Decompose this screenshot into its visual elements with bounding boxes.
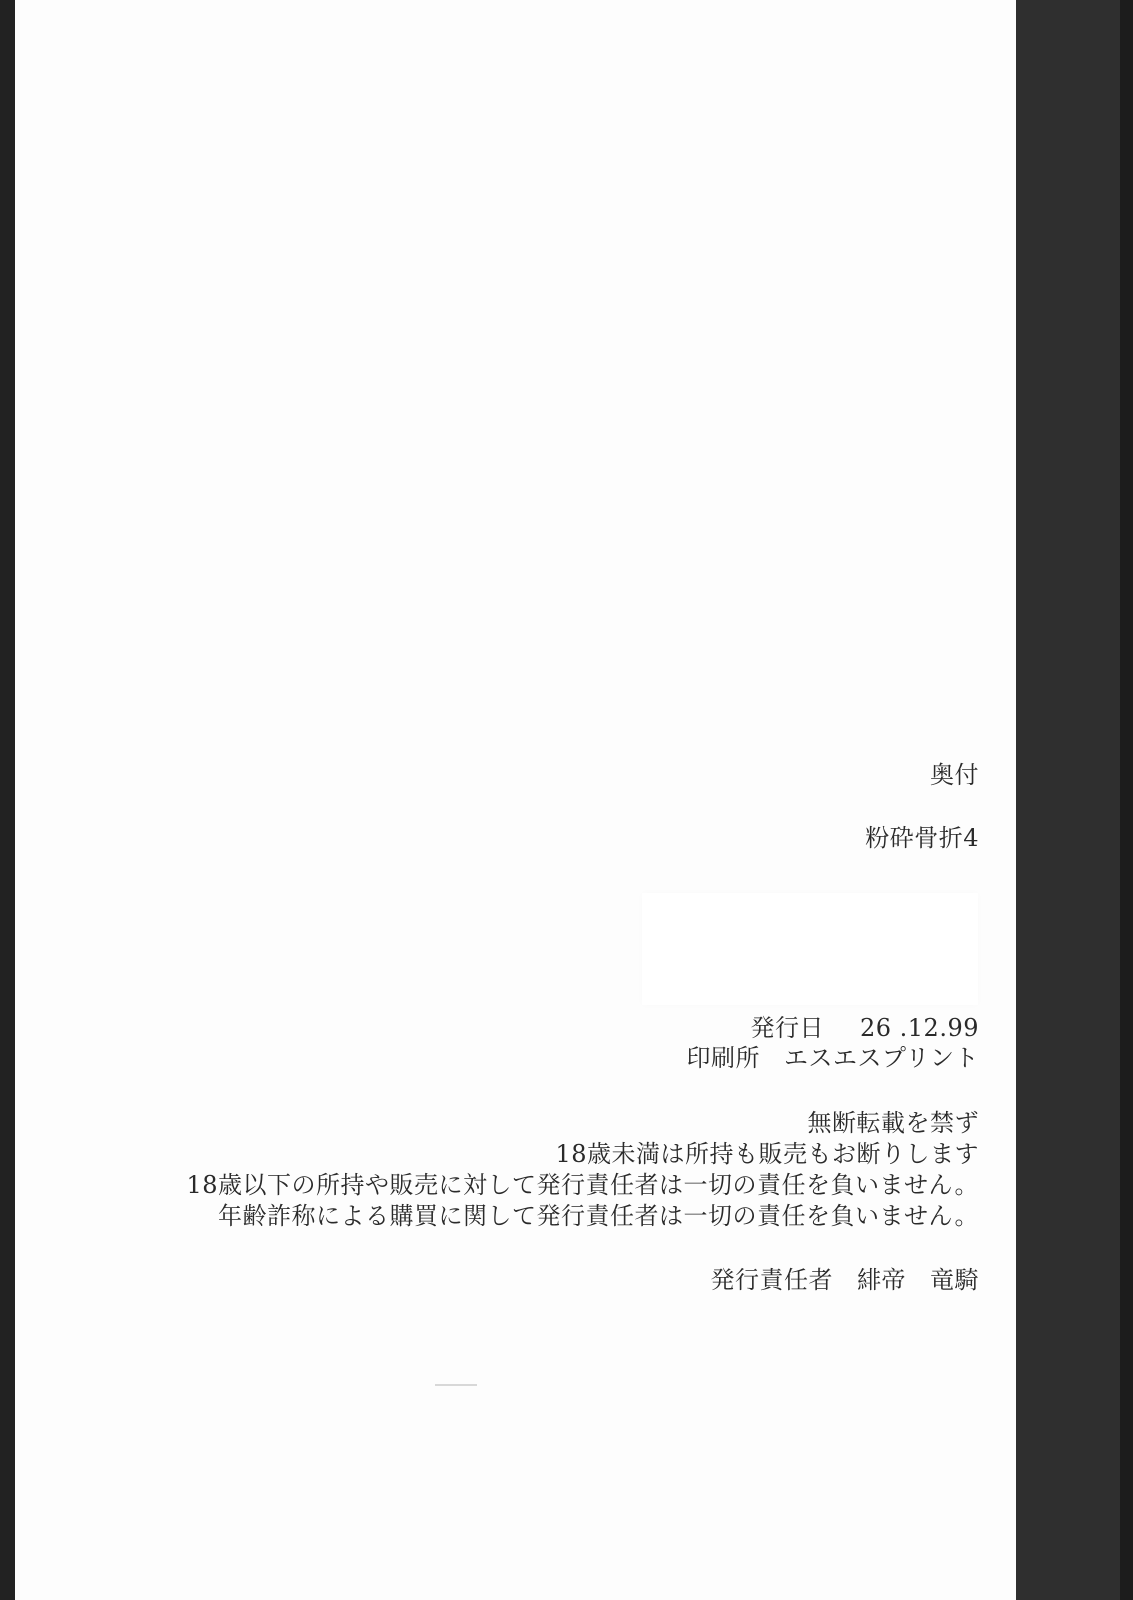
- blank-area: [642, 893, 978, 1005]
- notice-text: 18歳以下の所持や販売に対して発行責任者は一切の責任を負いません。: [187, 1171, 979, 1199]
- notice-text: 無断転載を禁ず: [808, 1109, 980, 1137]
- notice-liability-age-fraud: 年齢詐称による購買に関して発行責任者は一切の責任を負いません。: [218, 1201, 979, 1231]
- publisher-name-part2: 竜騎: [930, 1266, 979, 1294]
- heading-text: 奥付: [930, 761, 979, 789]
- printer-row: 印刷所エスエスプリント: [686, 1043, 979, 1073]
- publication-date-label: 発行日: [750, 1014, 824, 1042]
- title-text: 粉砕骨折4: [865, 824, 979, 852]
- scan-edge-right: [1016, 0, 1133, 1600]
- notice-text: 年齢詐称による購買に関して発行責任者は一切の責任を負いません。: [218, 1202, 979, 1230]
- publisher-label: 発行責任者: [711, 1266, 834, 1294]
- printer-label: 印刷所: [686, 1044, 760, 1072]
- publication-date-row: 発行日26 .12.99: [750, 1013, 979, 1043]
- colophon-page: 奥付 粉砕骨折4 発行日26 .12.99 印刷所エスエスプリント 無断転載を禁…: [15, 0, 1016, 1600]
- publisher-row: 発行責任者緋帝竜騎: [711, 1265, 980, 1295]
- publication-date-value: 26 .12.99: [860, 1014, 979, 1042]
- notice-age-restriction: 18歳未満は所持も販売もお断りします: [555, 1139, 979, 1169]
- book-title: 粉砕骨折4: [865, 823, 979, 853]
- notice-no-reproduction: 無断転載を禁ず: [808, 1108, 980, 1138]
- publisher-name-part1: 緋帝: [857, 1266, 906, 1294]
- notice-text: 18歳未満は所持も販売もお断りします: [555, 1140, 979, 1168]
- scan-edge-left: [0, 0, 15, 1600]
- notice-liability-underage: 18歳以下の所持や販売に対して発行責任者は一切の責任を負いません。: [187, 1170, 979, 1200]
- faint-rule-line: [435, 1384, 477, 1386]
- colophon-heading: 奥付: [930, 760, 979, 790]
- printer-value: エスエスプリント: [784, 1044, 979, 1072]
